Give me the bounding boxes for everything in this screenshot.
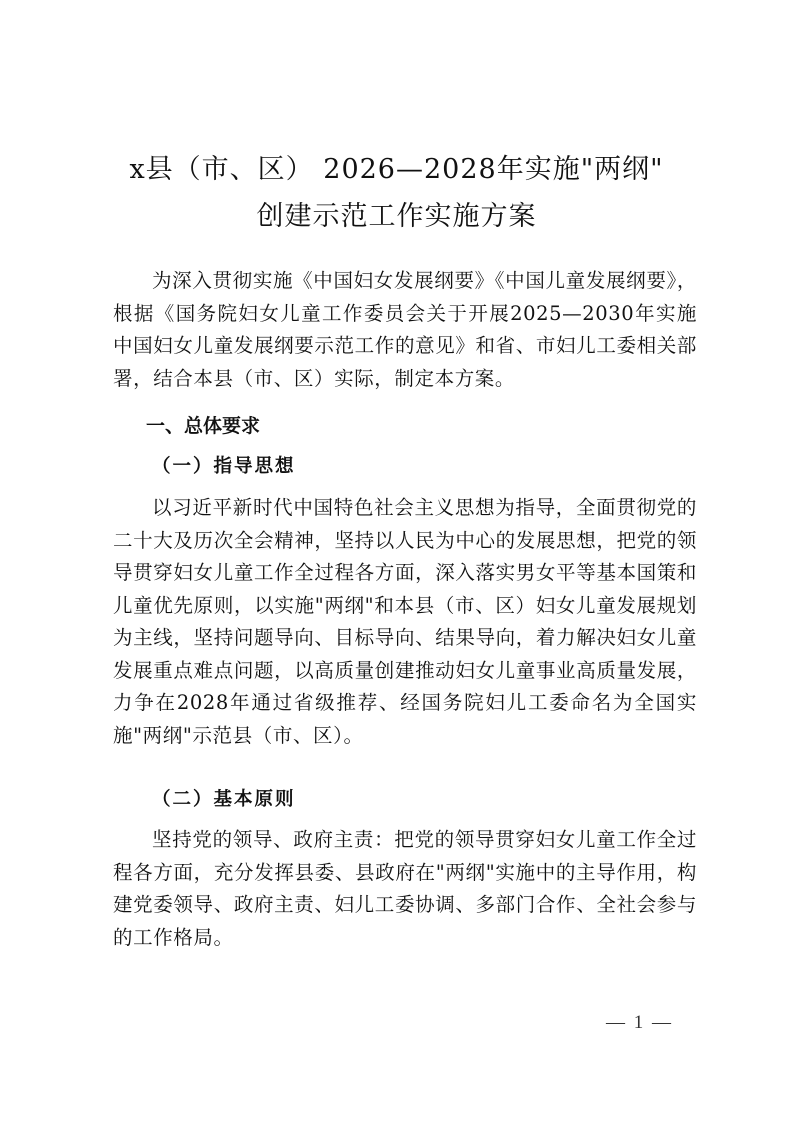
document-title-line-1: x县（市、区） 2026—2028年实施"两纲" <box>0 150 793 190</box>
guiding-ideology-paragraph: 以习近平新时代中国特色社会主义思想为指导，全面贯彻党的二十大及历次全会精神，坚持… <box>113 492 697 752</box>
basic-principles-paragraph: 坚持党的领导、政府主责：把党的领导贯穿妇女儿童工作全过程各方面，充分发挥县委、县… <box>113 824 697 954</box>
section-heading-general-requirements: 一、总体要求 <box>146 410 260 442</box>
document-title-line-2: 创建示范工作实施方案 <box>0 197 793 237</box>
page-number: — 1 — <box>606 1012 673 1034</box>
document-page: x县（市、区） 2026—2028年实施"两纲" 创建示范工作实施方案 为深入贯… <box>0 0 793 1122</box>
intro-paragraph: 为深入贯彻实施《中国妇女发展纲要》《中国儿童发展纲要》，根据《国务院妇女儿童工作… <box>113 265 697 395</box>
subsection-heading-basic-principles: （二）基本原则 <box>152 784 296 816</box>
subsection-heading-guiding-ideology: （一）指导思想 <box>152 451 296 483</box>
